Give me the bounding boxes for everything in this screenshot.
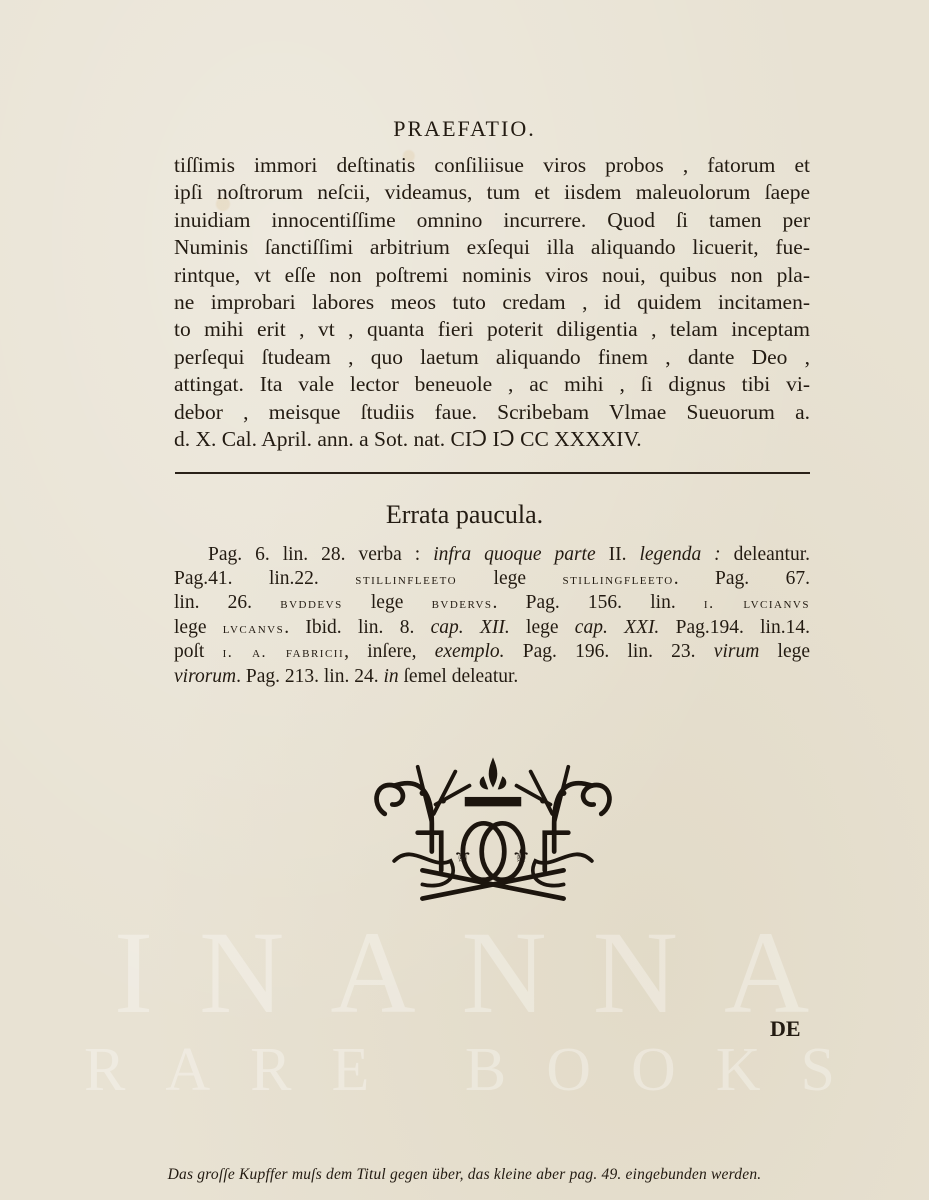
errata-segment: cap. XXI. [575, 617, 660, 638]
errata-segment: cap. XII. [431, 617, 510, 638]
preface-line: attingat. Ita vale lector beneuole , ac … [174, 371, 810, 398]
errata-line: Pag. 6. lin. 28. verba : infra quoque pa… [174, 543, 810, 567]
errata-line: virorum. Pag. 213. lin. 24. in ſemel del… [174, 665, 810, 689]
preface-line: ne improbari labores meos tuto credam , … [174, 289, 810, 316]
fleuron-ornament-icon: ⚜ ⚜ [362, 748, 624, 908]
preface-text: tiſſimis immori deſtinatis conſiliisue v… [174, 152, 810, 453]
errata-segment: BVDERVS [432, 595, 493, 612]
errata-segment: in [383, 666, 398, 687]
errata-segment: . Ibid. lin. 8. [284, 617, 430, 638]
errata-segment: lege [174, 617, 223, 638]
preface-line: to mihi erit , vt , quanta fieri poterit… [174, 316, 810, 343]
errata-segment: Pag.194. lin.14. [659, 617, 810, 638]
errata-list: Pag. 6. lin. 28. verba : infra quoque pa… [174, 543, 810, 689]
errata-segment: lin. 26. [174, 592, 280, 613]
errata-segment: infra quoque parte [433, 544, 608, 565]
errata-segment: I. LVCIANVS [704, 595, 810, 612]
errata-segment: legenda : [639, 544, 733, 565]
svg-text:⚜: ⚜ [512, 844, 531, 868]
errata-segment: exemplo. [435, 641, 505, 662]
errata-segment: . Pag. 156. lin. [493, 592, 704, 613]
preface-line: perſequi ſtudeam , quo laetum aliquando … [174, 344, 810, 371]
errata-line: poſt I. A. FABRICII, inſere, exemplo. Pa… [174, 640, 810, 665]
errata-segment: Pag. 6. lin. 28. verba : [208, 544, 433, 565]
preface-line: Numinis ſanctiſſimi arbitrium exſequi il… [174, 234, 810, 261]
errata-segment: BVDDEVS [280, 595, 342, 612]
errata-segment: virorum [174, 666, 236, 687]
errata-segment: ſemel deleatur. [399, 666, 519, 687]
errata-heading: Errata paucula. [0, 500, 929, 530]
errata-segment: lege [759, 641, 810, 662]
errata-segment: lege [457, 568, 562, 589]
errata-line: lin. 26. BVDDEVS lege BVDERVS. Pag. 156.… [174, 591, 810, 616]
preface-line: debor , meisque ſtudiis faue. Scribebam … [174, 399, 810, 426]
watermark-rare-books: RARE BOOKS [0, 1035, 929, 1106]
svg-text:⚜: ⚜ [453, 844, 472, 868]
catchword: DE [770, 1016, 801, 1042]
preface-line: d. X. Cal. April. ann. a Sot. nat. CIↃ I… [174, 426, 810, 453]
preface-line: inuidiam innocentiſſime omnino incurrere… [174, 207, 810, 234]
errata-segment: I. A. FABRICII [223, 644, 345, 661]
errata-segment: STILLINGFLEETO [562, 571, 673, 588]
errata-segment: Pag. 196. lin. 23. [505, 641, 714, 662]
errata-segment: lege [343, 592, 432, 613]
preface-line: rintque, vt eſſe non poſtremi nominis vi… [174, 262, 810, 289]
errata-segment: deleantur. [734, 544, 810, 565]
errata-line: Pag.41. lin.22. STILLINFLEETO lege STILL… [174, 567, 810, 592]
errata-segment: poſt [174, 641, 223, 662]
errata-segment: virum [714, 641, 760, 662]
errata-segment: lege [510, 617, 575, 638]
errata-segment: . Pag. 213. lin. 24. [236, 666, 383, 687]
errata-segment: Pag.41. lin.22. [174, 568, 355, 589]
preface-line: tiſſimis immori deſtinatis conſiliisue v… [174, 152, 810, 179]
binder-instruction-note: Das groſſe Kupffer muſs dem Titul gegen … [0, 1166, 929, 1184]
errata-segment: . Pag. 67. [674, 568, 810, 589]
errata-segment: II. [609, 544, 640, 565]
errata-segment: STILLINFLEETO [355, 571, 457, 588]
running-head: PRAEFATIO. [0, 116, 929, 142]
section-divider-rule [175, 472, 810, 474]
errata-line: lege LVCANVS. Ibid. lin. 8. cap. XII. le… [174, 616, 810, 641]
errata-segment: LVCANVS [223, 620, 284, 637]
errata-segment: , inſere, [344, 641, 435, 662]
book-page: INANNA RARE BOOKS PRAEFATIO. tiſſimis im… [0, 0, 929, 1200]
preface-line: ipſi noſtrorum neſcii, videamus, tum et … [174, 179, 810, 206]
